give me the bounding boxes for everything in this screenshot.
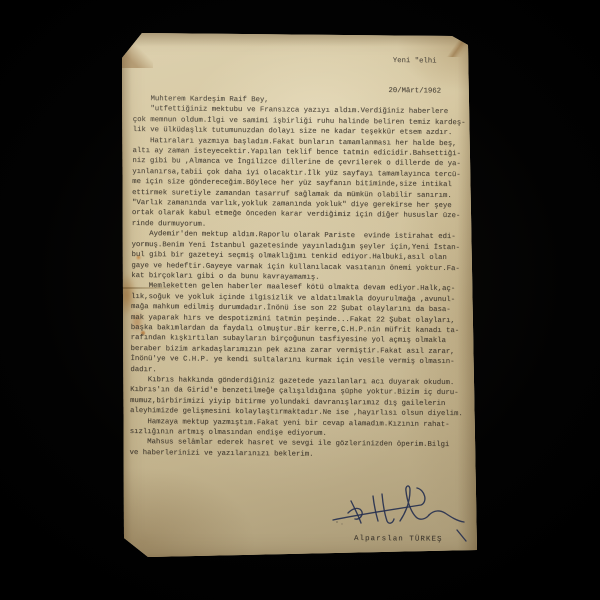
signature-stroke [400, 486, 429, 521]
ink-speck [336, 521, 338, 523]
signature-stroke [373, 496, 378, 521]
signature-stroke [429, 511, 464, 522]
dateline-date: 20/Mârt/1962 [388, 86, 441, 97]
paper-corner-wear [119, 28, 153, 68]
handwritten-signature [317, 481, 479, 557]
signature-flick-stroke [457, 530, 466, 541]
dateline-place: Yeni "elhi [389, 56, 442, 67]
signature-block: Alparslan TÜRKEŞ [317, 481, 479, 557]
paper-corner-wear [441, 31, 479, 57]
photo-background: Yeni "elhi 20/Mârt/1962 Muhterem Kardeşi… [0, 0, 600, 600]
signature-stroke [382, 494, 394, 523]
letter-paper: Yeni "elhi 20/Mârt/1962 Muhterem Kardeşi… [121, 31, 479, 558]
ink-speck [341, 523, 342, 524]
signature-underline-stroke [333, 488, 425, 520]
letter-body: Muhterem Kardeşim Raif Bey, "utfettiğini… [130, 94, 466, 461]
